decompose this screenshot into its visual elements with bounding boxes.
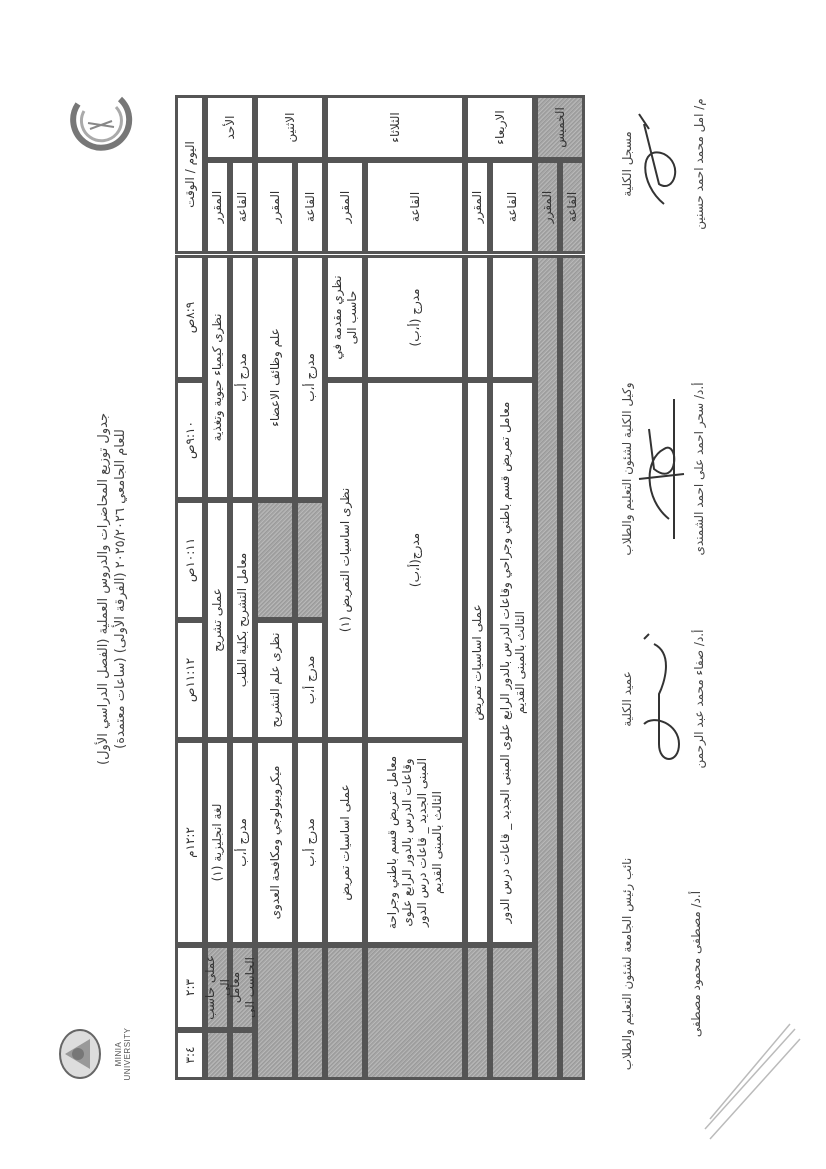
room-cell: معامل تمريض قسم باطني وجراحة وقاعات الدر… xyxy=(365,740,465,945)
day-label: الاربعاء xyxy=(465,95,535,160)
course-row-label: المقرر xyxy=(205,160,230,254)
room-row-label: القاعة xyxy=(230,160,255,254)
course-cell: ميكروبيولوجي ومكافحة العدوى xyxy=(255,740,295,945)
signature-name: أ.د/ سحر احمد على احمد الشمندى xyxy=(692,329,706,609)
room-row-label: القاعة xyxy=(295,160,325,254)
day-label: الأحد xyxy=(205,95,255,160)
time-slot-header: ١٠:١١ص xyxy=(175,500,205,620)
signature-name: م/ امل محمد احمد حسنين xyxy=(692,64,706,264)
room-cell: مدرج أ،ب xyxy=(230,740,255,945)
room-cell: معامل التشريح بكلية الطب xyxy=(230,500,255,740)
signature-scribble-icon xyxy=(634,389,689,549)
room-cell xyxy=(490,255,535,380)
course-cell: عملى اساسيات تمريض xyxy=(325,740,365,945)
scan-artifact-lines-icon xyxy=(700,1009,810,1149)
signature-title: عميد الكلية xyxy=(620,599,634,799)
time-slot-header: ٣:٤ xyxy=(175,1030,205,1080)
room-cell: مدرج أ،ب xyxy=(295,740,325,945)
signature-vice-dean: وكيل الكلية لشئون التعليم والطلاب أ.د/ س… xyxy=(620,329,706,609)
course-cell: نظري مقدمة في حاسب الى xyxy=(325,255,365,380)
course-cell: نظرى علم التشريح xyxy=(255,620,295,740)
course-cell xyxy=(325,945,365,1080)
room-row-label: القاعة xyxy=(490,160,535,254)
room-cell xyxy=(560,255,585,1080)
day-label: الثلاثاء xyxy=(325,95,465,160)
signature-name: أ.د/ صفاء محمد عبد الرحمن xyxy=(692,599,706,799)
room-cell: مدرج(أ،ب) xyxy=(365,380,465,740)
course-cell xyxy=(255,500,295,620)
time-slot-header: ١٢:٢م xyxy=(175,740,205,945)
room-cell: معامل الحاسب الى xyxy=(230,945,255,1030)
course-cell xyxy=(255,945,295,1080)
rotated-document-page: MINIA UNIVERSITY جدول توزيع المحاضرات وا… xyxy=(0,0,826,1169)
course-cell: نظرى كيمياء حيوية وتغذية xyxy=(205,255,230,500)
signature-title: مسجل الكلية xyxy=(620,64,634,264)
signature-title: نائب رئيس الجامعة لشئون التعليم والطلاب xyxy=(620,819,634,1109)
time-slot-header: ١١:١٢ص xyxy=(175,620,205,740)
course-cell: علم وظائف الاعضاء xyxy=(255,255,295,500)
room-cell xyxy=(365,945,465,1080)
course-cell xyxy=(465,945,490,1080)
room-cell xyxy=(295,500,325,620)
day-label: الخميس xyxy=(535,95,585,160)
course-cell: نظرى اساسيات التمريض (١) xyxy=(325,380,365,740)
time-slot-header: ٩:١٠ص xyxy=(175,380,205,500)
room-cell xyxy=(230,1030,255,1080)
signature-scribble-icon xyxy=(634,104,689,224)
room-cell: مدرج أ،ب xyxy=(295,620,325,740)
time-slot-header: ٨:٩ص xyxy=(175,255,205,380)
course-row-label: المقرر xyxy=(535,160,560,254)
signature-vice-president: نائب رئيس الجامعة لشئون التعليم والطلاب … xyxy=(620,819,703,1109)
course-cell xyxy=(205,1030,230,1080)
room-cell: مدرج أ،ب xyxy=(230,255,255,500)
day-label: الاثنين xyxy=(255,95,325,160)
time-slot-header: ٢:٣ xyxy=(175,945,205,1030)
course-cell xyxy=(465,255,490,380)
room-cell: مدرج أ،ب xyxy=(295,255,325,500)
room-cell xyxy=(295,945,325,1080)
signature-dean: عميد الكلية أ.د/ صفاء محمد عبد الرحمن xyxy=(620,599,706,799)
signature-title: وكيل الكلية لشئون التعليم والطلاب xyxy=(620,329,634,609)
course-cell: عملى حاسب الى xyxy=(205,945,230,1030)
course-cell xyxy=(535,255,560,1080)
room-row-label: القاعة xyxy=(365,160,465,254)
signature-scribble-icon xyxy=(634,624,689,774)
course-row-label: المقرر xyxy=(325,160,365,254)
course-row-label: المقرر xyxy=(255,160,295,254)
corner-header: اليوم / الوقت xyxy=(175,95,205,254)
room-row-label: القاعة xyxy=(560,160,585,254)
room-cell: معامل تمريض قسم باطني وجراحي وقاعات الدر… xyxy=(490,380,535,945)
course-cell: عملى اساسيات تمريض xyxy=(465,380,490,945)
course-row-label: المقرر xyxy=(465,160,490,254)
course-cell: لغة انجليزية (١) xyxy=(205,740,230,945)
signature-registrar: مسجل الكلية م/ امل محمد احمد حسنين xyxy=(620,64,706,264)
course-cell: عملى تشريح xyxy=(205,500,230,740)
room-cell: مدرج (أ،ب) xyxy=(365,255,465,380)
room-cell xyxy=(490,945,535,1080)
